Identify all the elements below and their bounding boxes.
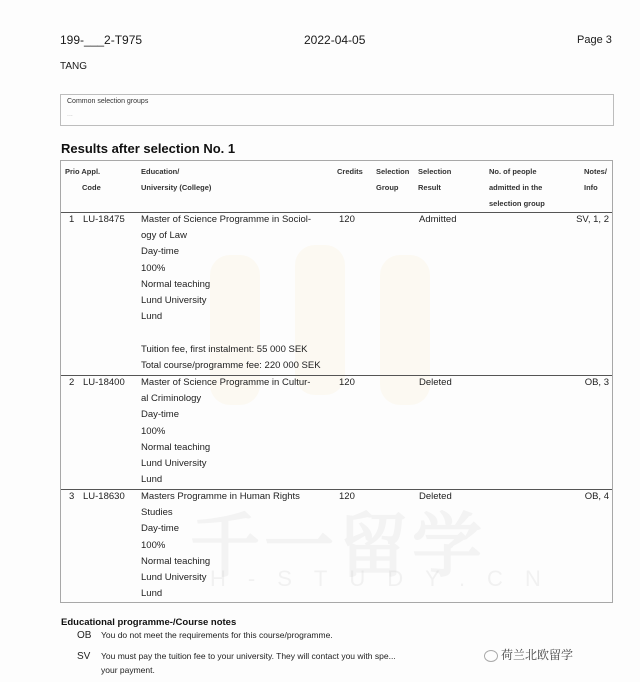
row-education: Master of Science Programme in Sociol-og…	[141, 212, 321, 374]
wechat-logo-icon	[484, 650, 498, 662]
column-header-selection-result-2: Result	[418, 180, 441, 196]
education-line: Normal teaching	[141, 277, 321, 293]
education-line: al Criminology	[141, 391, 310, 407]
document-page: 千一留学 H-STUDY.CN 199-___2-T975 2022-04-05…	[0, 0, 640, 682]
row-result: Admitted	[419, 212, 457, 228]
page-number: Page 3	[577, 34, 612, 46]
education-line: Normal teaching	[141, 440, 310, 456]
column-header-admitted: No. of people	[489, 164, 537, 180]
note-sv: SVYou must pay the tuition fee to your u…	[77, 651, 396, 662]
column-header-credits: Credits	[337, 164, 363, 180]
column-header-selection-group: Selection	[376, 164, 409, 180]
column-header-code: Code	[82, 180, 101, 196]
row-code: LU-18400	[83, 375, 125, 391]
column-header-prio-appl: Prio Appl.	[65, 164, 100, 180]
row-notes: OB, 4	[585, 489, 609, 505]
column-header-selection-group-2: Group	[376, 180, 399, 196]
note-text: You do not meet the requirements for thi…	[101, 630, 333, 640]
row-education: Master of Science Programme in Cultur-al…	[141, 375, 310, 488]
education-line: Studies	[141, 505, 300, 521]
education-line: 100%	[141, 424, 310, 440]
note-sv-continuation: your payment.	[101, 665, 155, 675]
common-selection-groups-box: Common selection groups ...	[60, 94, 614, 126]
row-code: LU-18630	[83, 489, 125, 505]
education-line: Tuition fee, first instalment: 55 000 SE…	[141, 342, 321, 358]
column-header-education: Education/	[141, 164, 179, 180]
section-title: Results after selection No. 1	[61, 141, 235, 156]
education-line: Master of Science Programme in Sociol-	[141, 212, 321, 228]
education-line	[141, 325, 321, 341]
note-ob: OBYou do not meet the requirements for t…	[77, 630, 333, 641]
applicant-name: TANG	[60, 61, 87, 72]
education-line: Lund University	[141, 293, 321, 309]
row-credits: 120	[339, 375, 355, 391]
results-table: Prio Appl. Code Education/ University (C…	[60, 160, 613, 603]
common-selection-groups-label: Common selection groups	[67, 98, 148, 105]
row-credits: 120	[339, 212, 355, 228]
row-code: LU-18475	[83, 212, 125, 228]
column-header-university: University (College)	[141, 180, 211, 196]
social-watermark: 荷兰北欧留学	[484, 646, 573, 663]
education-line: Total course/programme fee: 220 000 SEK	[141, 358, 321, 374]
education-line: Lund University	[141, 456, 310, 472]
note-text: You must pay the tuition fee to your uni…	[101, 651, 396, 661]
row-notes: SV, 1, 2	[576, 212, 609, 228]
education-line: Lund University	[141, 570, 300, 586]
row-credits: 120	[339, 489, 355, 505]
education-line: 100%	[141, 261, 321, 277]
row-notes: OB, 3	[585, 375, 609, 391]
education-line: Lund	[141, 472, 310, 488]
row-prio: 1	[69, 212, 74, 228]
notes-title: Educational programme-/Course notes	[61, 617, 236, 628]
education-line: Day-time	[141, 521, 300, 537]
education-line: 100%	[141, 538, 300, 554]
column-header-notes-2: Info	[584, 180, 598, 196]
applicant-id: 199-___2-T975	[60, 33, 142, 47]
row-prio: 3	[69, 489, 74, 505]
education-line: Normal teaching	[141, 554, 300, 570]
note-code: SV	[77, 651, 101, 662]
row-education: Masters Programme in Human RightsStudies…	[141, 489, 300, 602]
note-code: OB	[77, 630, 101, 641]
row-result: Deleted	[419, 489, 452, 505]
education-line: Lund	[141, 586, 300, 602]
education-line: Master of Science Programme in Cultur-	[141, 375, 310, 391]
column-header-admitted-3: selection group	[489, 196, 545, 212]
education-line: ogy of Law	[141, 228, 321, 244]
row-result: Deleted	[419, 375, 452, 391]
education-line: Day-time	[141, 407, 310, 423]
social-watermark-text: 荷兰北欧留学	[501, 648, 573, 662]
education-line: Masters Programme in Human Rights	[141, 489, 300, 505]
column-header-notes: Notes/	[584, 164, 607, 180]
common-selection-groups-value: ...	[67, 111, 73, 118]
education-line: Lund	[141, 309, 321, 325]
column-header-selection-result: Selection	[418, 164, 451, 180]
column-header-admitted-2: admitted in the	[489, 180, 542, 196]
row-prio: 2	[69, 375, 74, 391]
document-date: 2022-04-05	[304, 33, 365, 47]
education-line: Day-time	[141, 244, 321, 260]
